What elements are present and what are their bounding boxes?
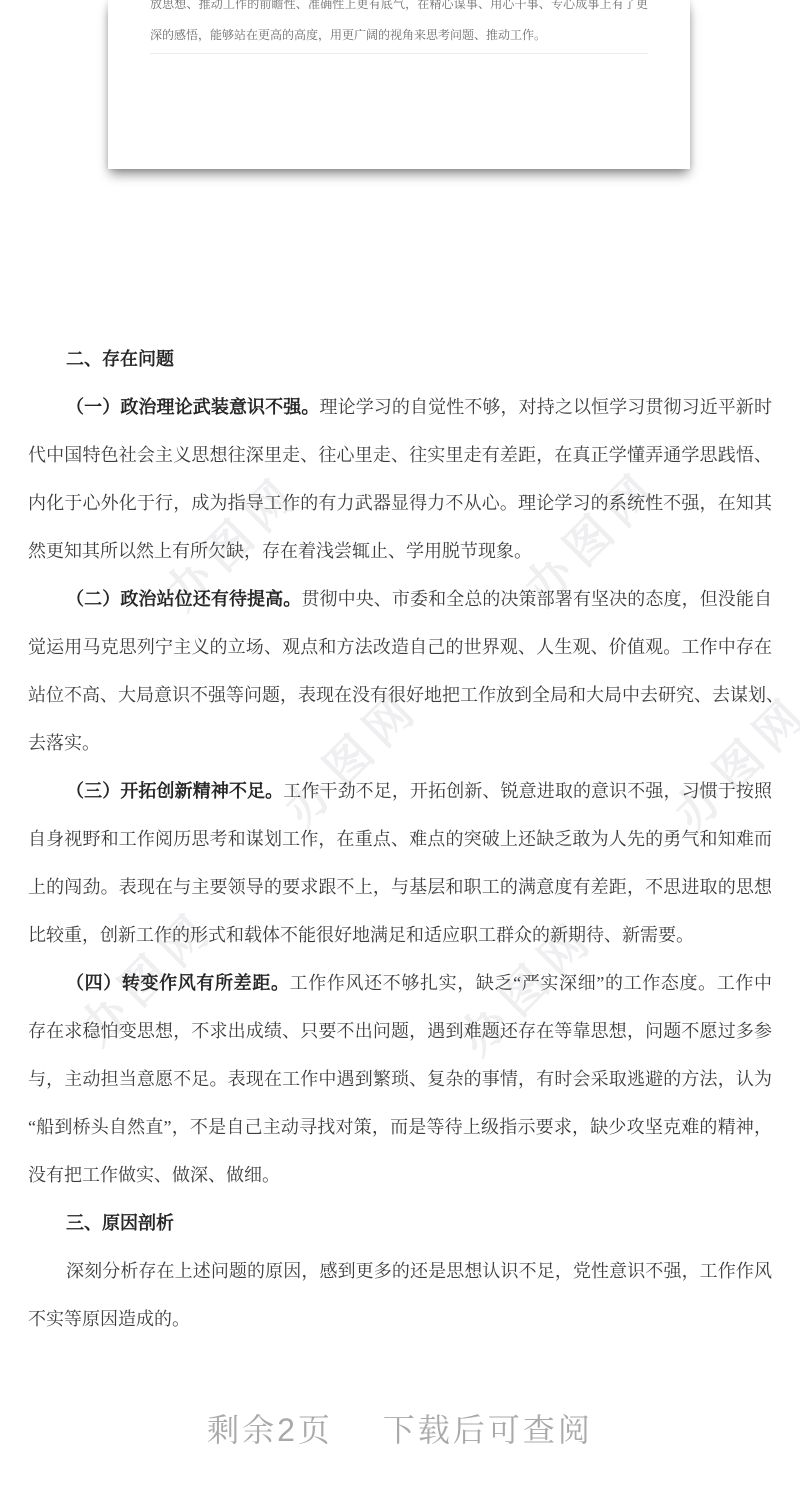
- para-4-text: 工作作风还不够扎实，缺乏“严实深细”的工作态度。工作中: [290, 973, 772, 993]
- footer-notice: 剩余2页 下载后可查阅: [0, 1408, 800, 1452]
- para-1-line-1: （一）政治理论武装意识不强。理论学习的自觉性不够，对持之以恒学习贯彻习近平新时: [28, 383, 772, 431]
- section-heading-existing-problems: 二、存在问题: [28, 335, 772, 383]
- para-3-line-2: 自身视野和工作阅历思考和谋划工作，在重点、难点的突破上还缺乏敢为人先的勇气和知难…: [28, 815, 772, 863]
- download-hint-label: 下载后可查阅: [383, 1408, 593, 1452]
- para-4-line-1: （四）转变作风有所差距。工作作风还不够扎实，缺乏“严实深细”的工作态度。工作中: [28, 959, 772, 1007]
- document-preview-page: 放思想、推动工作的前瞻性、准确性上更有底气，在精心谋事、用心干事、专心成事上有了…: [0, 0, 800, 1512]
- page-one-card: 放思想、推动工作的前瞻性、准确性上更有底气，在精心谋事、用心干事、专心成事上有了…: [108, 0, 690, 169]
- para-2-line-4: 去落实。: [28, 719, 772, 767]
- para-5-line-2: 不实等原因造成的。: [28, 1295, 772, 1343]
- document-body: 二、存在问题 （一）政治理论武装意识不强。理论学习的自觉性不够，对持之以恒学习贯…: [28, 335, 772, 1343]
- para-1-line-3: 内化于心外化于行，成为指导工作的有力武器显得力不从心。理论学习的系统性不强，在知…: [28, 479, 772, 527]
- page-one-line: 深的感悟，能够站在更高的高度，用更广阔的视角来思考问题、推动工作。: [150, 20, 648, 51]
- para-3-line-3: 上的闯劲。表现在与主要领导的要求跟不上，与基层和职工的满意度有差距，不思进取的思…: [28, 863, 772, 911]
- para-2-text: 贯彻中央、市委和全总的决策部署有坚决的态度，但没能自: [301, 589, 772, 609]
- para-3-line-4: 比较重，创新工作的形式和载体不能很好地满足和适应职工群众的新期待、新需要。: [28, 911, 772, 959]
- para-1-text: 理论学习的自觉性不够，对持之以恒学习贯彻习近平新时: [319, 397, 772, 417]
- page-one-content: 放思想、推动工作的前瞻性、准确性上更有底气，在精心谋事、用心干事、专心成事上有了…: [108, 0, 690, 54]
- para-1-lead: （一）政治理论武装意识不强。: [66, 397, 319, 417]
- remaining-pages-label: 剩余2页: [207, 1408, 333, 1452]
- para-4-line-2: 存在求稳怕变思想，不求出成绩、只要不出问题，遇到难题还存在等靠思想，问题不愿过多…: [28, 1007, 772, 1055]
- para-3-lead: （三）开拓创新精神不足。: [66, 781, 283, 801]
- para-2-line-1: （二）政治站位还有待提高。贯彻中央、市委和全总的决策部署有坚决的态度，但没能自: [28, 575, 772, 623]
- para-3-text: 工作干劲不足，开拓创新、锐意进取的意识不强，习惯于按照: [283, 781, 772, 801]
- para-4-lead: （四）转变作风有所差距。: [66, 973, 290, 993]
- page-divider-rule: [150, 53, 648, 54]
- para-4-line-5: 没有把工作做实、做深、做细。: [28, 1151, 772, 1199]
- para-2-lead: （二）政治站位还有待提高。: [66, 589, 301, 609]
- section-heading-cause-analysis: 三、原因剖析: [28, 1199, 772, 1247]
- para-4-line-4: “船到桥头自然直”，不是自己主动寻找对策，而是等待上级指示要求，缺少攻坚克难的精…: [28, 1103, 772, 1151]
- para-1-line-2: 代中国特色社会主义思想往深里走、往心里走、往实里走有差距，在真正学懂弄通学思践悟…: [28, 431, 772, 479]
- para-2-line-3: 站位不高、大局意识不强等问题，表现在没有很好地把工作放到全局和大局中去研究、去谋…: [28, 671, 772, 719]
- para-2-line-2: 觉运用马克思列宁主义的立场、观点和方法改造自己的世界观、人生观、价值观。工作中存…: [28, 623, 772, 671]
- para-3-line-1: （三）开拓创新精神不足。工作干劲不足，开拓创新、锐意进取的意识不强，习惯于按照: [28, 767, 772, 815]
- para-5-line-1: 深刻分析存在上述问题的原因，感到更多的还是思想认识不足，党性意识不强，工作作风: [28, 1247, 772, 1295]
- para-4-line-3: 与，主动担当意愿不足。表现在工作中遇到繁琐、复杂的事情，有时会采取逃避的方法，认…: [28, 1055, 772, 1103]
- para-1-line-4: 然更知其所以然上有所欠缺，存在着浅尝辄止、学用脱节现象。: [28, 527, 772, 575]
- page-one-line: 放思想、推动工作的前瞻性、准确性上更有底气，在精心谋事、用心干事、专心成事上有了…: [150, 0, 648, 20]
